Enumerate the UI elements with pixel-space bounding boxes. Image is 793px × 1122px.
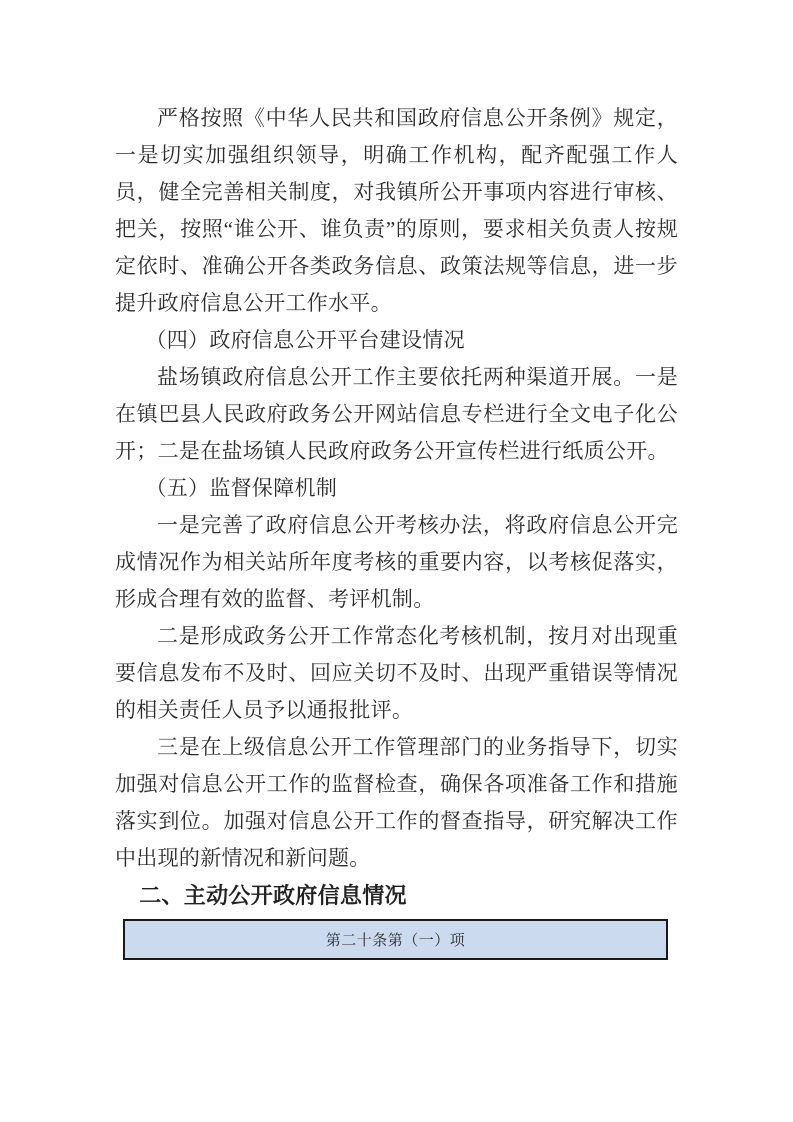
paragraph-disclosure-channels: 盐场镇政府信息公开工作主要依托两种渠道开展。一是在镇巴县人民政府政务公开网站信息… — [115, 359, 678, 470]
paragraph-supervision-inspection: 三是在上级信息公开工作管理部门的业务指导下，切实加强对信息公开工作的监督检查，确… — [115, 729, 678, 877]
document-page: 严格按照《中华人民共和国政府信息公开条例》规定，一是切实加强组织领导，明确工作机… — [0, 0, 793, 1122]
table-header-row: 第二十条第（一）项 — [123, 919, 668, 960]
table-header-label: 第二十条第（一）项 — [326, 929, 466, 950]
section-heading-platform-construction: （四）政府信息公开平台建设情况 — [115, 322, 678, 359]
paragraph-monthly-assessment: 二是形成政务公开工作常态化考核机制，按月对出现重要信息发布不及时、回应关切不及时… — [115, 618, 678, 729]
paragraph-assessment-method: 一是完善了政府信息公开考核办法，将政府信息公开完成情况作为相关站所年度考核的重要… — [115, 507, 678, 618]
section-heading-supervision-mechanism: （五）监督保障机制 — [115, 470, 678, 507]
chapter-heading-proactive-disclosure: 二、主动公开政府信息情况 — [115, 877, 678, 914]
paragraph-organizational-leadership: 严格按照《中华人民共和国政府信息公开条例》规定，一是切实加强组织领导，明确工作机… — [115, 100, 678, 322]
document-content: 严格按照《中华人民共和国政府信息公开条例》规定，一是切实加强组织领导，明确工作机… — [115, 100, 678, 960]
